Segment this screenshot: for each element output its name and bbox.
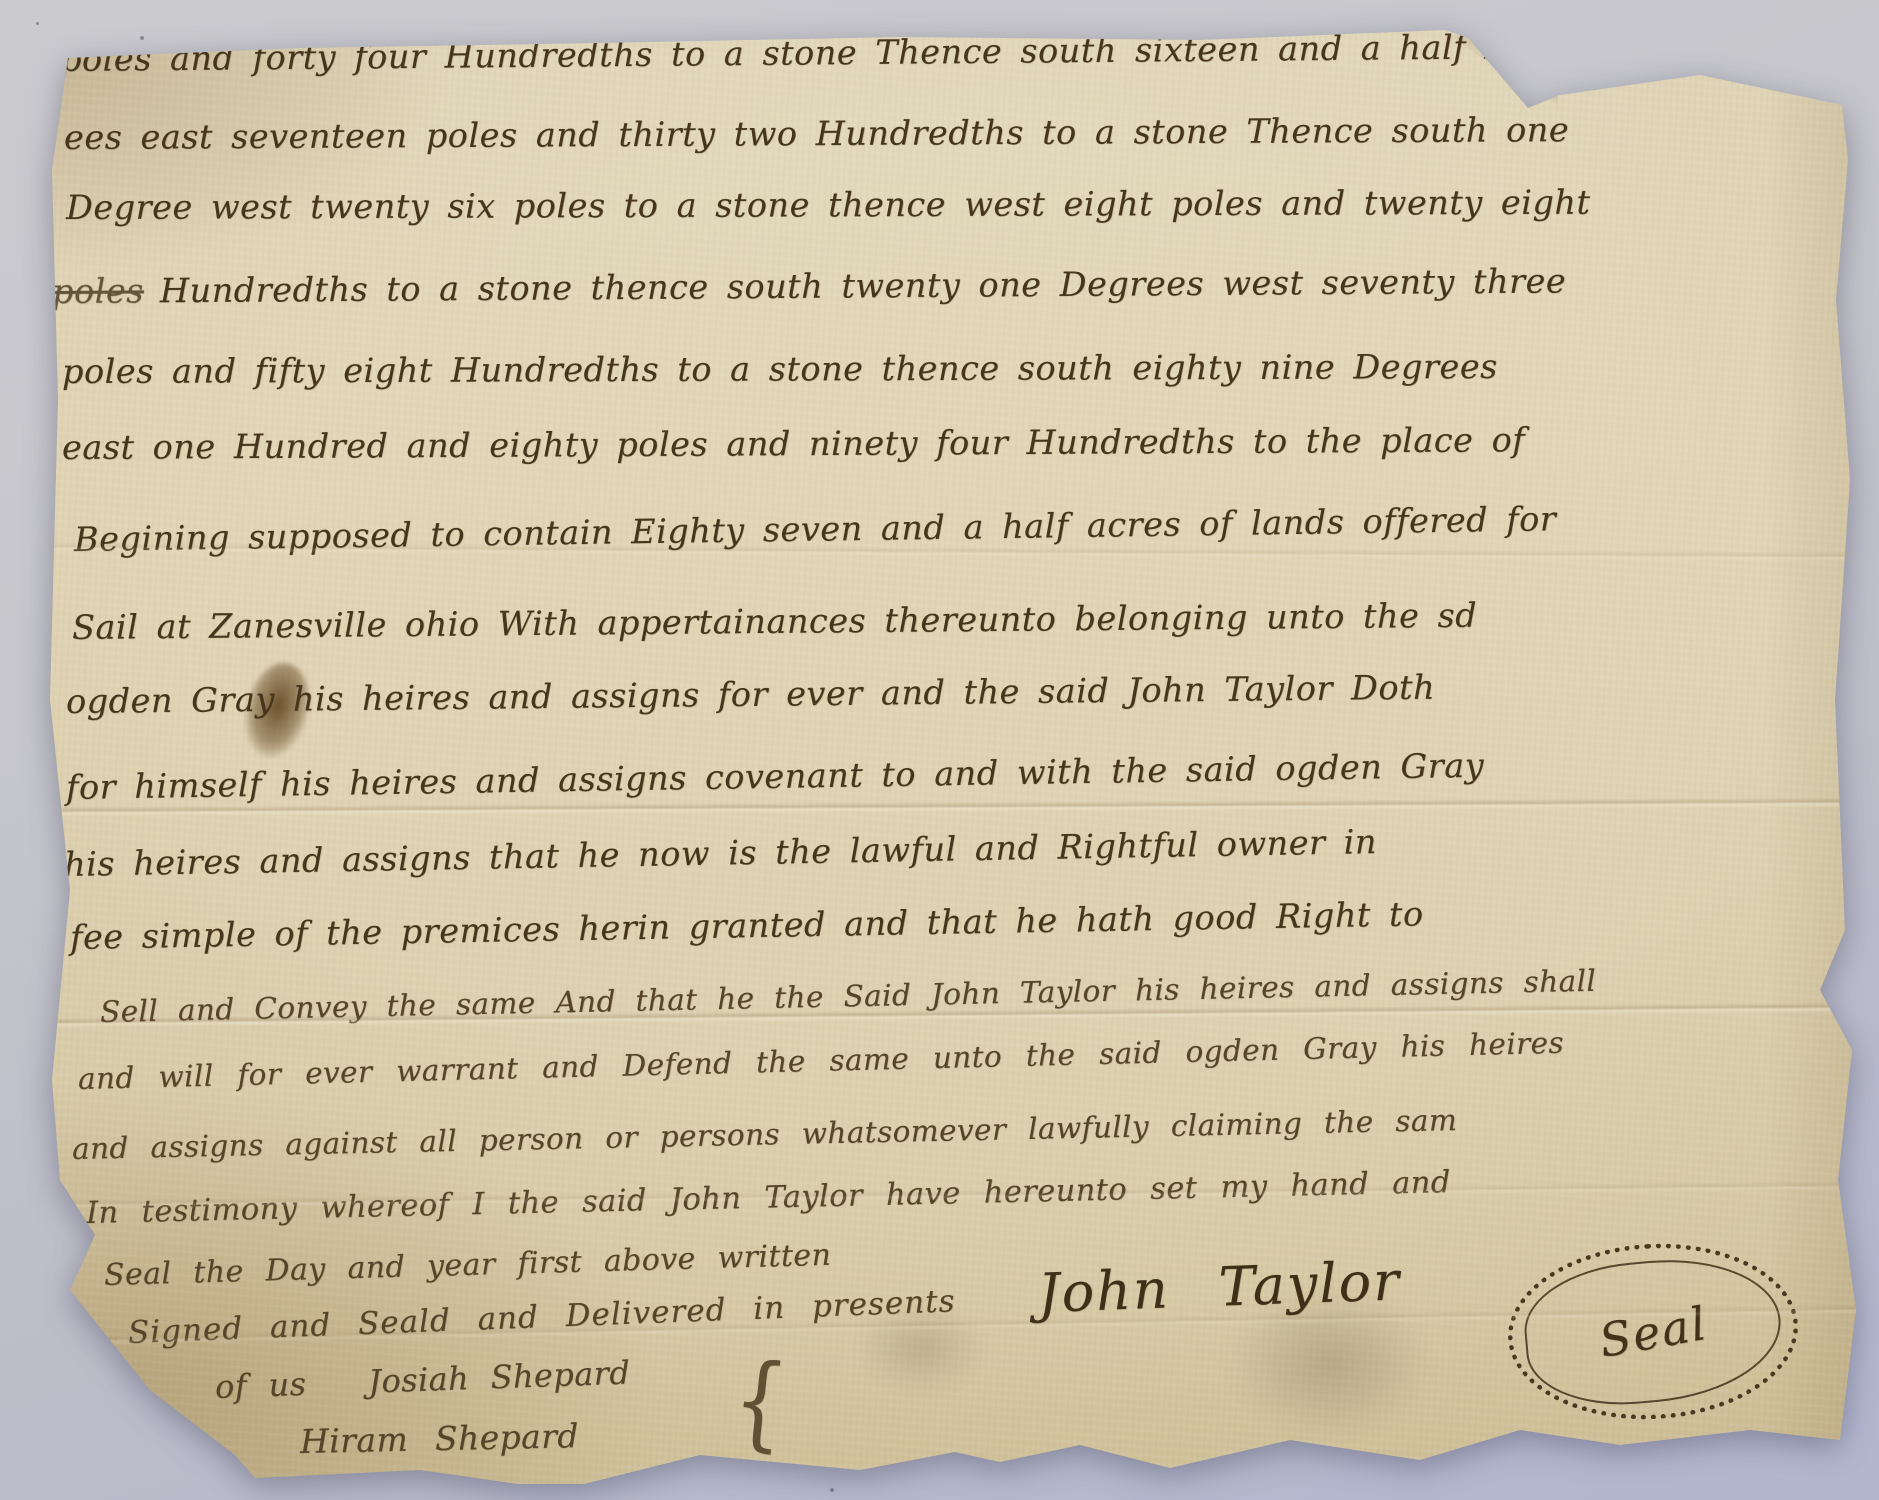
seal-inner-ring: Seal (1519, 1250, 1786, 1413)
witness-signature-hiram: Hiram Shepard (300, 1416, 580, 1461)
deed-line-2: ees east seventeen poles and thirty two … (64, 110, 1569, 157)
deed-line-5: poles and fifty eight Hundredths to a st… (62, 347, 1498, 391)
deed-line-3: Degree west twenty six poles to a stone … (66, 183, 1591, 227)
smudge-mark (856, 1302, 986, 1394)
smudge-mark (1230, 1288, 1430, 1438)
background-speck (830, 1488, 834, 1492)
witness-intro: of us (214, 1365, 307, 1406)
deed-line-6: east one Hundred and eighty poles and ni… (62, 420, 1525, 467)
struck-out-word: poles (52, 271, 144, 311)
photo-of-deed: { "deed": { "lines": [ "poles and forty … (0, 0, 1879, 1500)
background-speck (36, 22, 39, 25)
deed-paper: poles and forty four Hundredths to a sto… (46, 22, 1856, 1484)
deed-paper-wrap: poles and forty four Hundredths to a sto… (46, 22, 1856, 1484)
spacer (307, 1393, 369, 1395)
